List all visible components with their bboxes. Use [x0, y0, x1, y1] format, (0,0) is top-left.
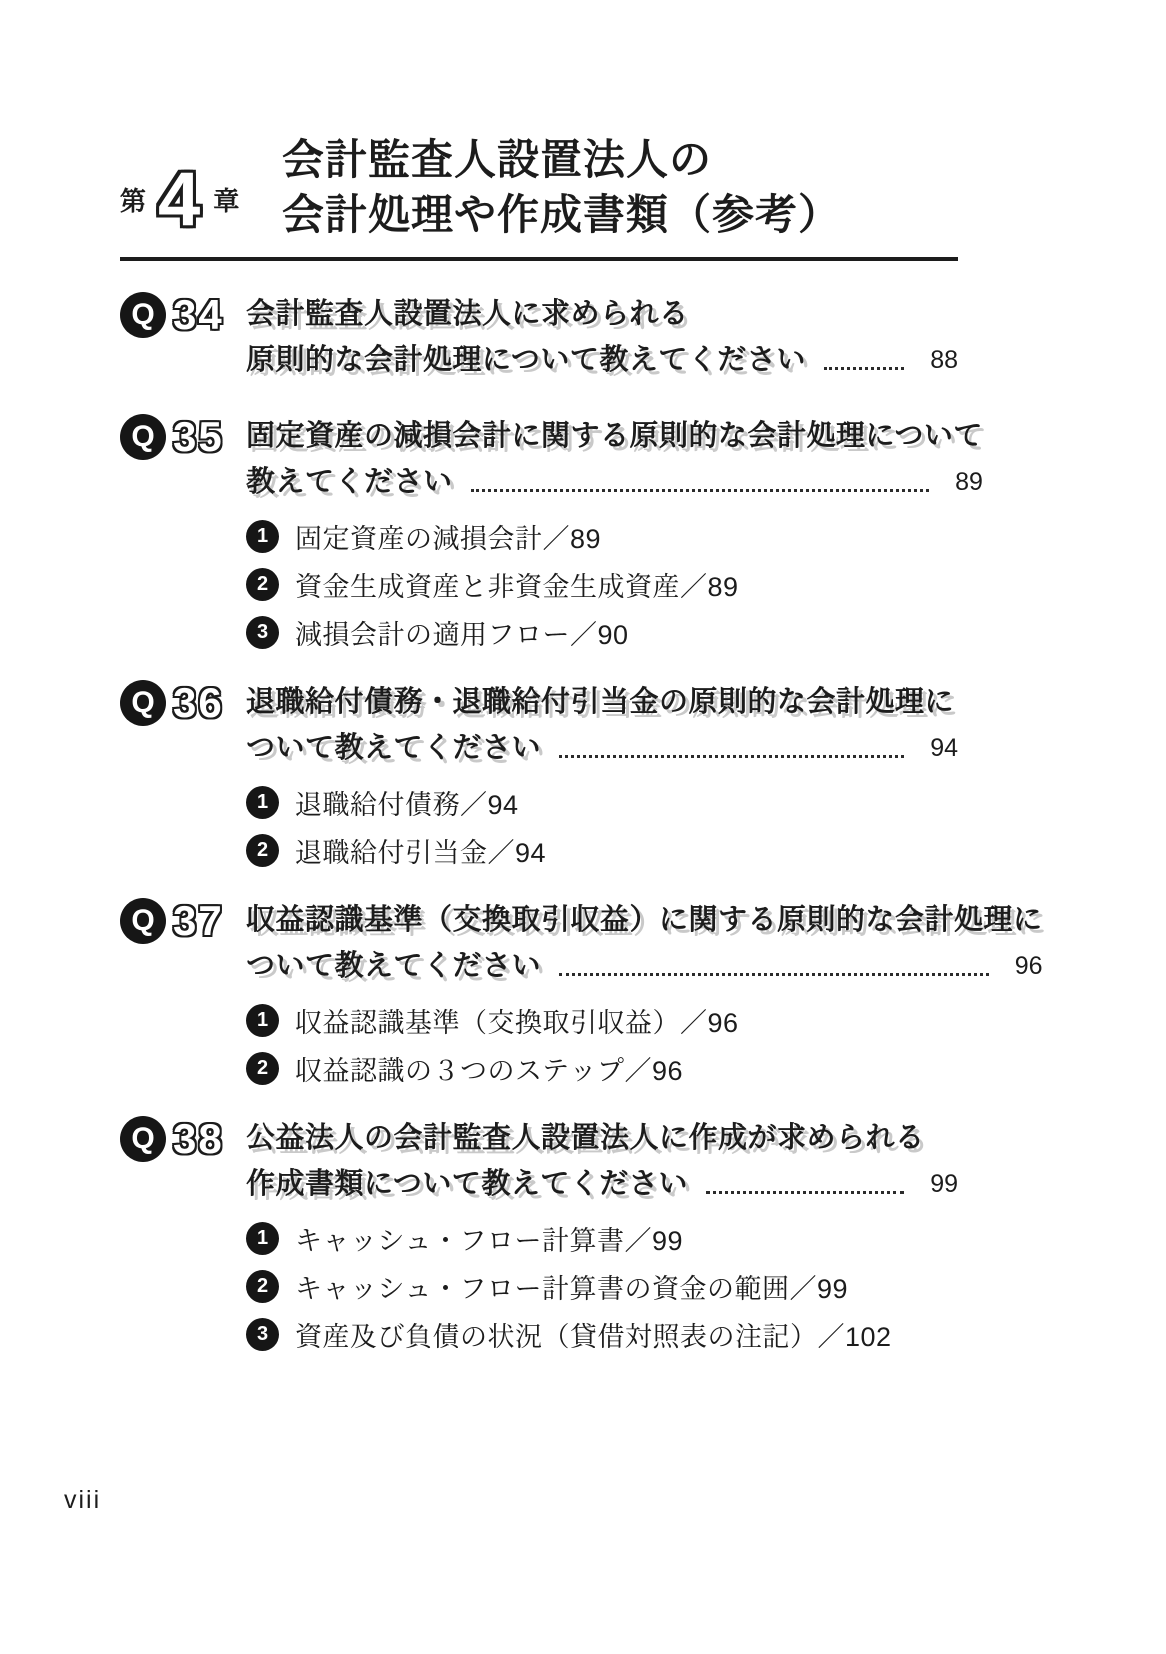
item-number-badge: 1	[246, 1222, 279, 1255]
item-number-badge: 1	[246, 786, 279, 819]
chapter-title: 会計監査人設置法人の 会計処理や作成書類（参考）	[282, 132, 841, 243]
subitem-text: 固定資産の減損会計／89	[295, 517, 601, 556]
subitem-row: 2 資金生成資産と非資金生成資産／89	[246, 569, 983, 601]
subitem-row: 3 減損会計の適用フロー／90	[246, 617, 983, 649]
chapter-title-line1: 会計監査人設置法人の	[282, 132, 841, 187]
entry-title-line2: ついて教えてください	[246, 725, 541, 771]
item-number-badge: 3	[246, 1318, 279, 1351]
subitem-row: 2 収益認識の３つのステップ／96	[246, 1053, 1043, 1085]
subitem-text: キャッシュ・フロー計算書／99	[295, 1219, 683, 1258]
item-number-badge: 1	[246, 1004, 279, 1037]
entry-title-line1: 退職給付債務・退職給付引当金の原則的な会計処理に	[246, 679, 958, 725]
q-badge-icon: Q	[120, 898, 166, 944]
entry-title-line1: 会計監査人設置法人に求められる	[246, 291, 958, 337]
dot-leader	[706, 1161, 904, 1194]
subitem-list: 1 キャッシュ・フロー計算書／99 2 キャッシュ・フロー計算書の資金の範囲／9…	[246, 1223, 958, 1351]
entry-title-line1: 収益認識基準（交換取引収益）に関する原則的な会計処理に	[246, 897, 1043, 943]
entry-page-number: 99	[916, 1161, 958, 1207]
dot-leader	[559, 943, 989, 976]
question-number: 37	[173, 898, 224, 944]
q-badge-icon: Q	[120, 292, 166, 338]
entry-title-line2: 教えてください	[246, 459, 453, 505]
subitem-text: 収益認識基準（交換取引収益）／96	[295, 1001, 739, 1040]
subitem-list: 1 退職給付債務／94 2 退職給付引当金／94	[246, 787, 958, 867]
chapter-number: 4	[158, 166, 201, 234]
item-number-badge: 2	[246, 1270, 279, 1303]
subitem-row: 1 退職給付債務／94	[246, 787, 958, 819]
dot-leader	[559, 725, 904, 758]
toc-entry-q36: Q 36 退職給付債務・退職給付引当金の原則的な会計処理に ついて教えてください…	[120, 679, 958, 867]
question-label: Q 38	[120, 1115, 246, 1351]
q-badge-icon: Q	[120, 1116, 166, 1162]
subitem-row: 2 退職給付引当金／94	[246, 835, 958, 867]
question-number: 38	[173, 1116, 224, 1162]
toc-entry-q38: Q 38 公益法人の会計監査人設置法人に作成が求められる 作成書類について教えて…	[120, 1115, 958, 1351]
footer-page-number: viii	[64, 1486, 101, 1515]
entry-title-line1: 公益法人の会計監査人設置法人に作成が求められる	[246, 1115, 958, 1161]
entry-page-number: 94	[916, 725, 958, 771]
toc-entry-q37: Q 37 収益認識基準（交換取引収益）に関する原則的な会計処理に ついて教えてく…	[120, 897, 958, 1085]
subitem-text: 収益認識の３つのステップ／96	[295, 1049, 683, 1088]
chapter-header: 第 4 章 会計監査人設置法人の 会計処理や作成書類（参考）	[120, 132, 958, 261]
subitem-text: 資産及び負債の状況（貸借対照表の注記）／102	[295, 1315, 892, 1354]
dot-leader	[471, 459, 929, 492]
subitem-row: 1 収益認識基準（交換取引収益）／96	[246, 1005, 1043, 1037]
toc-entry-q35: Q 35 固定資産の減損会計に関する原則的な会計処理について 教えてください 8…	[120, 413, 958, 649]
item-number-badge: 1	[246, 520, 279, 553]
entry-page-number: 89	[941, 459, 983, 505]
subitem-list: 1 収益認識基準（交換取引収益）／96 2 収益認識の３つのステップ／96	[246, 1005, 1043, 1085]
entry-title-line2: ついて教えてください	[246, 943, 541, 989]
question-label: Q 35	[120, 413, 246, 649]
chapter-number-label: 第 4 章	[120, 166, 282, 242]
subitem-text: 減損会計の適用フロー／90	[295, 613, 629, 652]
subitem-text: 退職給付引当金／94	[295, 831, 546, 870]
subitem-row: 2 キャッシュ・フロー計算書の資金の範囲／99	[246, 1271, 958, 1303]
entry-page-number: 96	[1001, 943, 1043, 989]
subitem-text: キャッシュ・フロー計算書の資金の範囲／99	[295, 1267, 848, 1306]
question-label: Q 34	[120, 291, 246, 383]
toc-page: 第 4 章 会計監査人設置法人の 会計処理や作成書類（参考） Q 34 会計監査…	[0, 0, 1166, 1654]
subitem-row: 1 固定資産の減損会計／89	[246, 521, 983, 553]
subitem-list: 1 固定資産の減損会計／89 2 資金生成資産と非資金生成資産／89 3 減損会…	[246, 521, 983, 649]
item-number-badge: 2	[246, 568, 279, 601]
subitem-row: 3 資産及び負債の状況（貸借対照表の注記）／102	[246, 1319, 958, 1351]
chapter-prefix: 第	[120, 188, 146, 214]
item-number-badge: 2	[246, 1052, 279, 1085]
question-label: Q 36	[120, 679, 246, 867]
chapter-title-line2: 会計処理や作成書類（参考）	[282, 187, 841, 242]
item-number-badge: 3	[246, 616, 279, 649]
subitem-text: 退職給付債務／94	[295, 783, 519, 822]
dot-leader	[824, 337, 904, 370]
q-badge-icon: Q	[120, 414, 166, 460]
toc-entry-q34: Q 34 会計監査人設置法人に求められる 原則的な会計処理について教えてください…	[120, 291, 958, 383]
subitem-row: 1 キャッシュ・フロー計算書／99	[246, 1223, 958, 1255]
question-number: 36	[173, 680, 224, 726]
question-number: 35	[173, 414, 224, 460]
q-badge-icon: Q	[120, 680, 166, 726]
question-label: Q 37	[120, 897, 246, 1085]
entry-title-line2: 原則的な会計処理について教えてください	[246, 337, 806, 383]
entry-page-number: 88	[916, 337, 958, 383]
entry-title-line1: 固定資産の減損会計に関する原則的な会計処理について	[246, 413, 983, 459]
item-number-badge: 2	[246, 834, 279, 867]
question-number: 34	[173, 292, 224, 338]
chapter-suffix: 章	[213, 188, 239, 214]
subitem-text: 資金生成資産と非資金生成資産／89	[295, 565, 739, 604]
entry-title-line2: 作成書類について教えてください	[246, 1161, 688, 1207]
